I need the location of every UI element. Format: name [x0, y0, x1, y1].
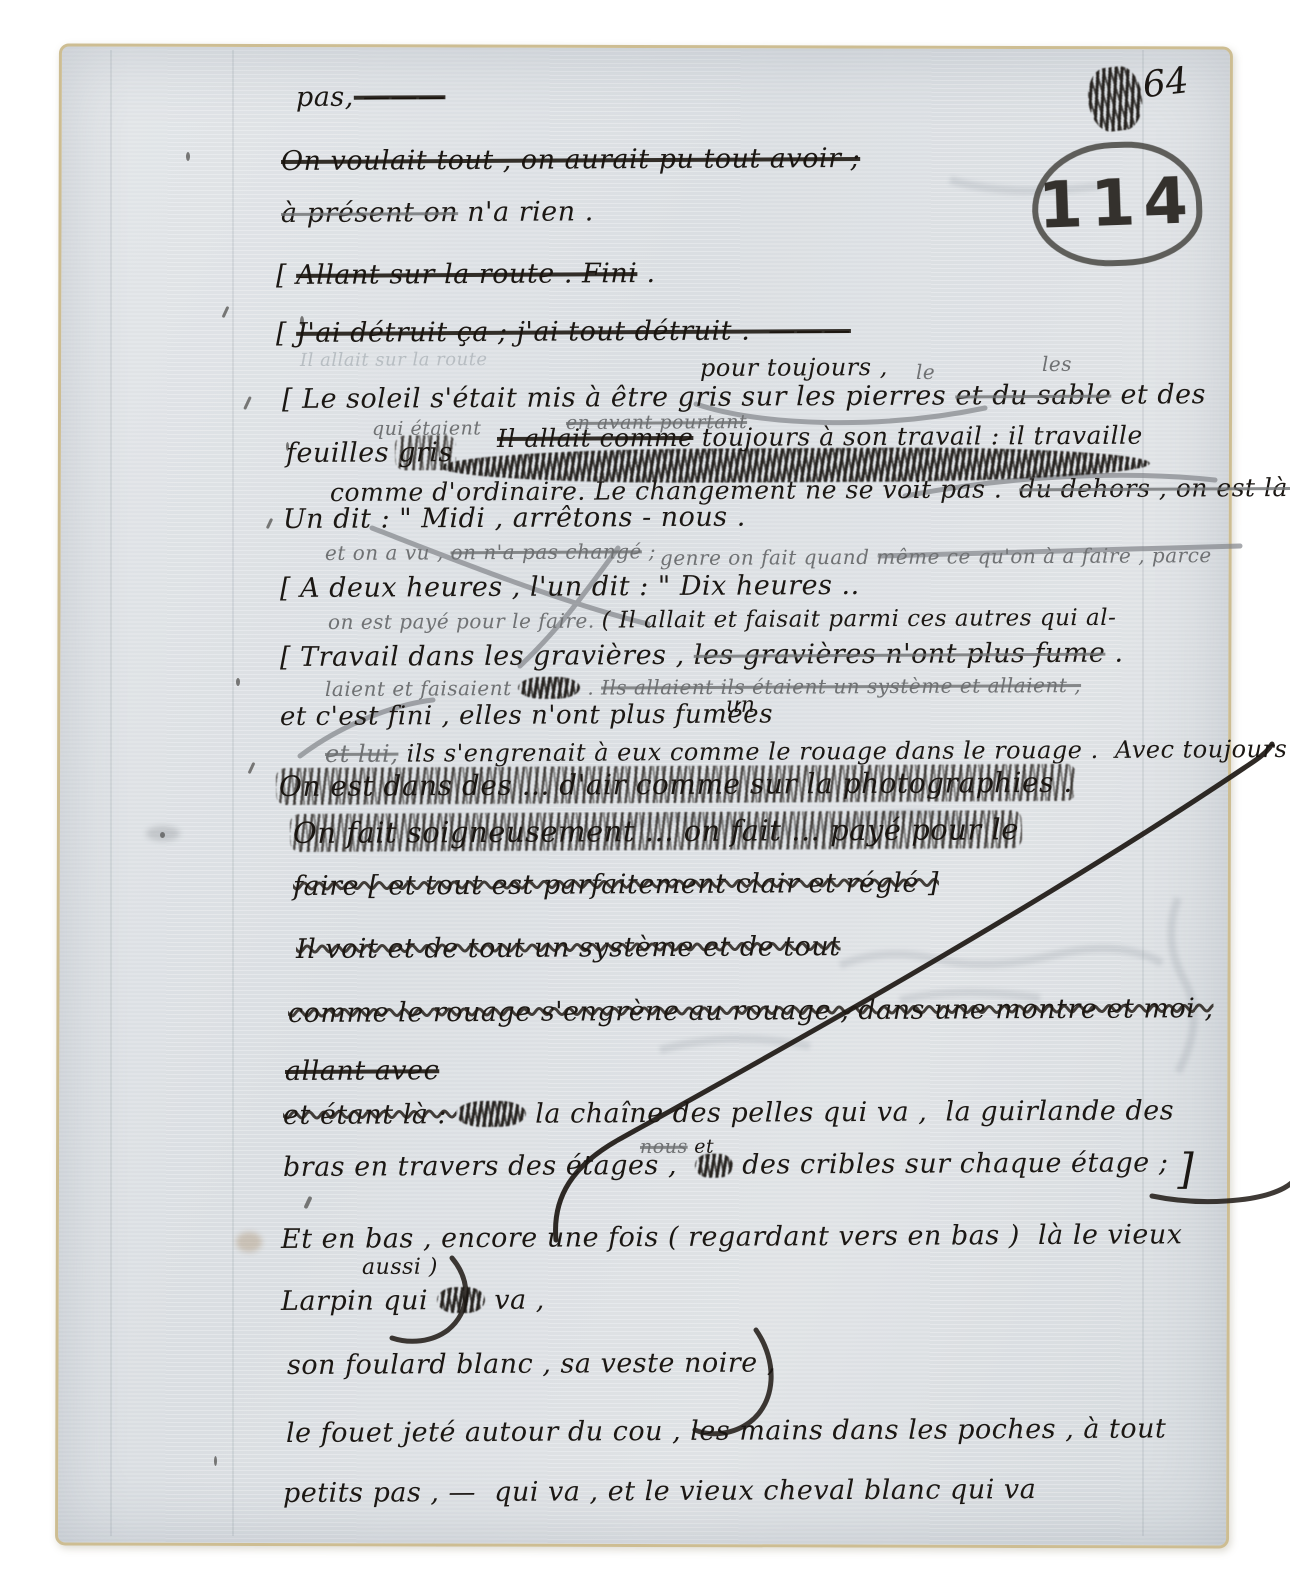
manuscript-line-25: un	[726, 694, 755, 717]
manuscript-line-1: pas, ———	[296, 83, 446, 112]
manuscript-line-27: On est dans des ... d'air comme sur la p…	[279, 768, 1073, 802]
text-segment: feuilles	[286, 437, 398, 469]
text-segment: va ,	[485, 1285, 554, 1316]
text-segment: allant avec	[285, 1055, 439, 1087]
text-segment: [	[276, 260, 296, 291]
text-segment: Larpin qui	[281, 1285, 437, 1317]
scribble-mass	[1084, 64, 1145, 134]
text-segment: ( Il allait et faisait parmi ces autres …	[601, 605, 1116, 634]
manuscript-line-32: allant avec	[285, 1057, 439, 1086]
text-segment: Il voit et de tout un système et de tout	[296, 931, 841, 965]
page-number: 114	[1037, 164, 1197, 243]
text-segment: son foulard blanc , sa veste noire ,	[287, 1347, 785, 1381]
text-segment: on n'a pas changé	[450, 539, 641, 564]
scribbled-out-word	[518, 677, 580, 699]
text-segment: Il allait sur la route	[300, 349, 488, 371]
manuscript-line-4: [ Allant sur la route . Fini .	[276, 260, 656, 290]
text-segment: petits pas , — qui va , et le vieux chev…	[283, 1474, 1036, 1509]
manuscript-line-3: à présent on n'a rien .	[281, 198, 594, 228]
text-segment: aussi )	[362, 1255, 438, 1280]
text-segment: rouage dans le rouage . Avec toujours	[791, 735, 1287, 766]
scribbled-out-word	[456, 1101, 526, 1127]
text-segment: pour toujours ,	[700, 353, 888, 382]
manuscript-line-19: genre on fait quand même ce qu'on à a fa…	[660, 545, 1212, 569]
text-segment: et on a vu ,	[325, 540, 451, 565]
text-segment: J'ai détruit ça ; j'ai tout détruit . ——…	[296, 315, 851, 349]
text-segment: [ A deux heures , l'un dit : " Dix heure…	[280, 570, 860, 604]
text-segment: le	[768, 738, 791, 766]
text-segment: on est payé pour le faire.	[328, 609, 602, 634]
manuscript-line-6: Il allait sur la route	[300, 351, 488, 371]
manuscript-line-38: Larpin qui va ,	[281, 1287, 554, 1317]
manuscript-line-22: [ Travail dans les gravières , les gravi…	[280, 640, 1124, 673]
manuscript-line-21: on est payé pour le faire. ( Il allait e…	[328, 606, 1116, 634]
text-segment: et c'est fini , elles n'ont plus fumées	[280, 699, 773, 732]
manuscript-line-2: On voulait tout , on aurait pu tout avoi…	[281, 145, 860, 176]
manuscript-line-31: comme le rouage s'engrène au rouage , da…	[288, 995, 1214, 1028]
text-segment: .	[1105, 638, 1123, 669]
text-segment: et des	[1111, 379, 1206, 410]
manuscript-line-39: son foulard blanc , sa veste noire ,	[287, 1349, 785, 1380]
scribbled-out-word	[437, 1287, 485, 1313]
manuscript-line-20: [ A deux heures , l'un dit : " Dix heure…	[280, 572, 860, 603]
text-segment: ———	[354, 81, 446, 112]
text-segment: la chaîne des pelles qui va , la guirlan…	[526, 1095, 1174, 1129]
text-segment: des cribles sur chaque étage ;	[733, 1147, 1177, 1180]
text-segment: [ Travail dans les gravières ,	[280, 640, 694, 673]
text-segment: On voulait tout , on aurait pu tout avoi…	[281, 143, 860, 177]
manuscript-line-30: Il voit et de tout un système et de tout	[296, 933, 841, 964]
text-segment: laient et faisaient	[325, 676, 519, 701]
crossed-out-number: 64	[1084, 58, 1193, 134]
manuscript-photo: { "page": { "number": "114", "scribbled_…	[0, 0, 1290, 1590]
text-segment: et étant là :	[283, 1099, 456, 1131]
text-segment: à présent on	[281, 197, 458, 229]
manuscript-line-17: Un dit : " Midi , arrêtons - nous .	[283, 504, 746, 535]
manuscript-line-36: Et en bas , encore une fois ( regardant …	[281, 1221, 1183, 1254]
text-segment: [	[276, 318, 296, 349]
text-segment: et lui,	[325, 740, 399, 768]
manuscript-line-26: et lui, ils s'engrenait à eux comme le r…	[325, 737, 1287, 767]
text-segment: un	[726, 693, 755, 718]
manuscript-line-35: bras en travers des étages , des cribles…	[283, 1147, 1195, 1196]
text-segment: genre on fait quand même ce qu'on à a fa…	[660, 543, 1212, 570]
text-segment: ;	[642, 539, 656, 563]
text-segment: comme le rouage s'engrène au rouage , da…	[288, 993, 1214, 1029]
text-segment: [ Le soleil s'était mis à être gris sur …	[282, 380, 955, 415]
text-segment: Allant sur la route . Fini	[296, 258, 637, 291]
text-segment: faire [ et tout est parfaitement clair e…	[293, 868, 939, 902]
manuscript-line-40: le fouet jeté autour du cou , les mains …	[286, 1415, 1167, 1448]
manuscript-line-10: [ Le soleil s'était mis à être gris sur …	[282, 381, 1206, 414]
manuscript-line-9: les	[1042, 354, 1072, 375]
manuscript-line-41: petits pas , — qui va , et le vieux chev…	[283, 1476, 1036, 1508]
manuscript-line-23: laient et faisaient . Ils allaient ils é…	[325, 674, 1081, 700]
manuscript-line-24: et c'est fini , elles n'ont plus fumées	[280, 701, 773, 731]
scribbled-out-word	[695, 1154, 733, 1178]
manuscript-line-37: aussi )	[362, 1256, 438, 1279]
text-segment: le fouet jeté autour du cou , les mains …	[286, 1413, 1167, 1449]
text-segment: .	[580, 676, 601, 700]
text-segment: Ils allaient ils étaient un système et a…	[601, 673, 1081, 700]
text-segment: bras en travers des étages ,	[283, 1150, 695, 1183]
manuscript-line-18: et on a vu , on n'a pas changé ;	[325, 541, 656, 564]
manuscript-line-28: On fait soigneusement ... on fait ... pa…	[293, 814, 1019, 848]
crossed-number-digits: 64	[1140, 60, 1190, 106]
text-segment: les	[1042, 352, 1072, 376]
manuscript-line-16: comme d'ordinaire. Le changement ne se v…	[330, 475, 1290, 506]
text-segment: les gravières n'ont plus fume	[694, 638, 1106, 671]
text-segment: .	[637, 258, 655, 289]
text-segment: Un dit : " Midi , arrêtons - nous .	[283, 502, 746, 535]
text-segment: et du sable	[955, 380, 1111, 412]
manuscript-line-7: pour toujours ,	[700, 355, 888, 381]
manuscript-line-14: feuilles gris	[286, 439, 462, 468]
text-segment: du dehors , on est là ,	[1019, 473, 1290, 503]
text-segment: ]	[1177, 1144, 1194, 1193]
text-segment: Et en bas , encore une fois ( regardant …	[281, 1219, 1183, 1255]
text-segment: On fait soigneusement ... on fait ... pa…	[293, 812, 1019, 850]
manuscript-line-29: faire [ et tout est parfaitement clair e…	[293, 870, 939, 902]
text-segment: ils s'engrenait à eux comme	[398, 738, 768, 768]
manuscript-line-5: [ J'ai détruit ça ; j'ai tout détruit . …	[276, 317, 851, 348]
text-segment: On est dans des ... d'air comme sur la p…	[279, 766, 1073, 803]
manuscript-line-33: et étant là : la chaîne des pelles qui v…	[283, 1097, 1174, 1130]
text-segment: pas,	[296, 82, 354, 113]
text-segment: n'a rien .	[458, 196, 594, 228]
